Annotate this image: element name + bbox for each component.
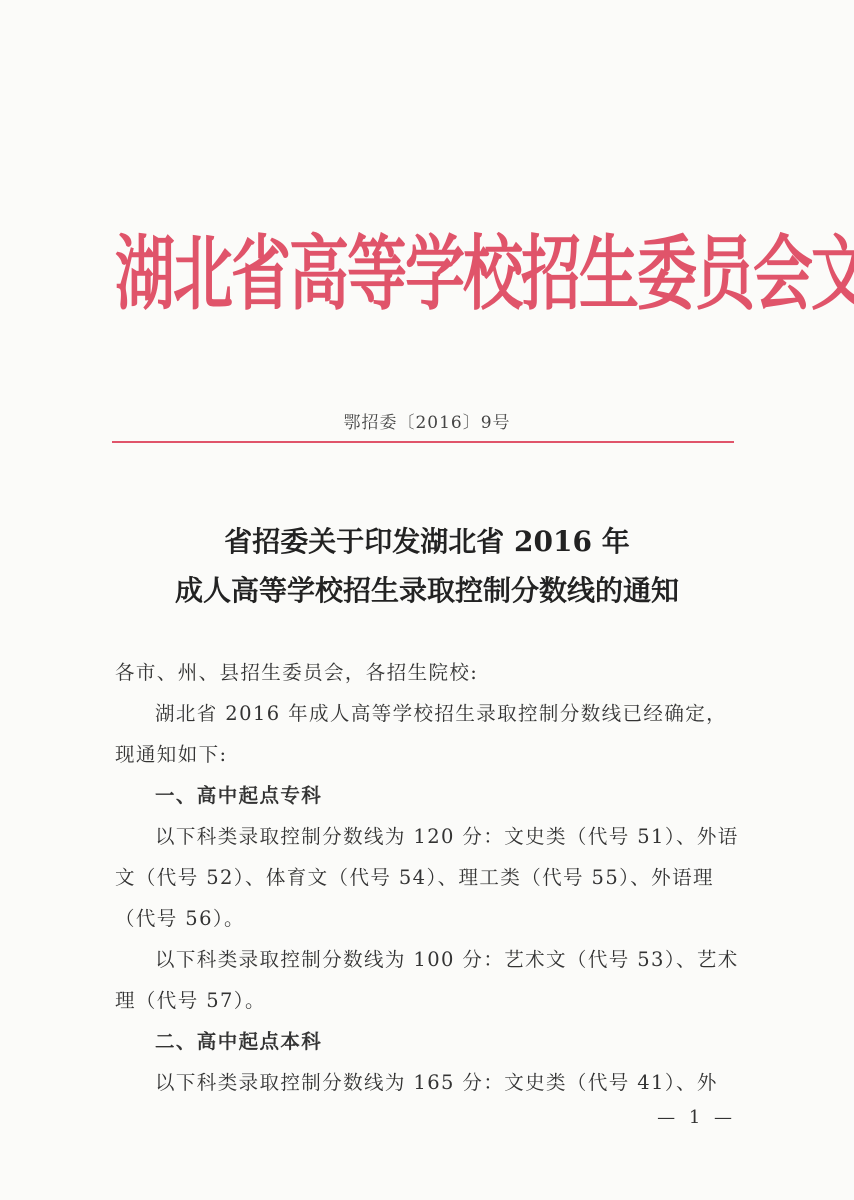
page-number: — 1 — — [657, 1107, 736, 1128]
section-1-paragraph-2: 以下科类录取控制分数线为 100 分：艺术文（代号 53）、艺术理（代号 57）… — [115, 939, 740, 1021]
document-page: 湖北省高等学校招生委员会文件 鄂招委〔2016〕9号 省招委关于印发湖北省 20… — [0, 0, 854, 1200]
notice-title-line-1: 省招委关于印发湖北省 2016 年 — [0, 520, 854, 560]
notice-title-line-2: 成人高等学校招生录取控制分数线的通知 — [0, 569, 854, 609]
document-number: 鄂招委〔2016〕9号 — [0, 408, 854, 433]
section-2-paragraph-1: 以下科类录取控制分数线为 165 分：文史类（代号 41）、外 — [115, 1062, 740, 1103]
red-divider-line — [112, 441, 734, 443]
intro-paragraph: 湖北省 2016 年成人高等学校招生录取控制分数线已经确定，现通知如下: — [115, 693, 740, 775]
section-2-heading: 二、高中起点本科 — [115, 1021, 740, 1062]
masthead-title: 湖北省高等学校招生委员会文件 — [115, 201, 735, 350]
salutation: 各市、州、县招生委员会，各招生院校: — [115, 652, 740, 693]
section-1-paragraph-1: 以下科类录取控制分数线为 120 分：文史类（代号 51）、外语文（代号 52）… — [115, 816, 740, 939]
section-1-heading: 一、高中起点专科 — [115, 775, 740, 816]
document-body: 各市、州、县招生委员会，各招生院校: 湖北省 2016 年成人高等学校招生录取控… — [115, 652, 740, 1103]
